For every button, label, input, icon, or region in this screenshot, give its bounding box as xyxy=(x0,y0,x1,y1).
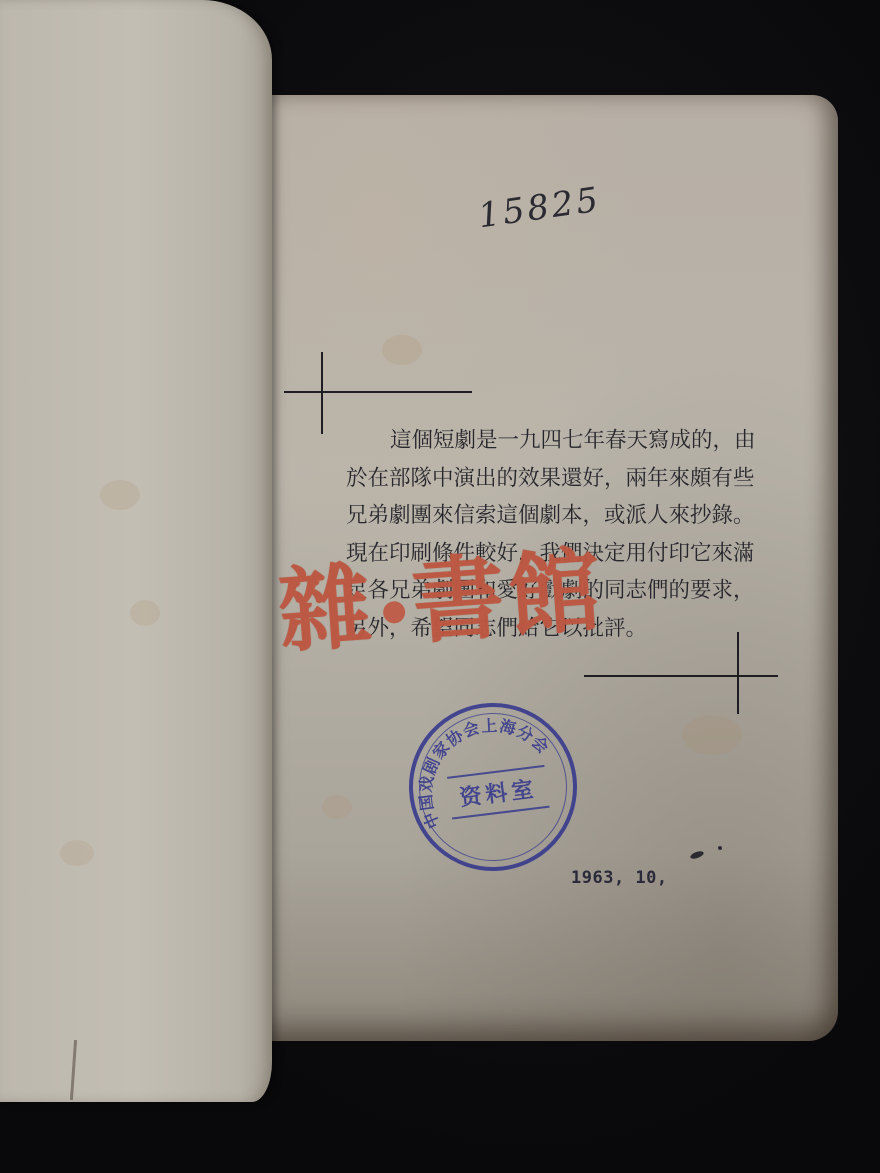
watermark-dot xyxy=(382,601,405,624)
paper-stain xyxy=(100,480,140,510)
text-line: 這個短劇是一九四七年春天寫成的，由 xyxy=(346,422,726,460)
crop-mark-vertical xyxy=(321,352,323,434)
book-photo: 15825 這個短劇是一九四七年春天寫成的，由 於在部隊中演出的效果還好，兩年來… xyxy=(0,0,880,1173)
paper-stain xyxy=(682,715,742,755)
paper-stain xyxy=(60,840,94,866)
crop-mark-vertical xyxy=(737,632,739,714)
print-date: 1963, 10, xyxy=(571,868,668,888)
library-stamp: 中国戏剧家协会上海分会 资料室 xyxy=(405,699,582,876)
crop-mark-horizontal xyxy=(584,675,778,677)
watermark: 雜書館 xyxy=(274,517,608,671)
watermark-right-text: 書館 xyxy=(409,536,608,657)
page-tear xyxy=(70,1040,77,1100)
text-line: 於在部隊中演出的效果還好，兩年來頗有些 xyxy=(346,460,726,498)
paper-stain xyxy=(130,600,160,626)
paper-stain xyxy=(322,795,352,819)
crop-mark-horizontal xyxy=(284,391,472,393)
watermark-left-text: 雜 xyxy=(275,552,378,666)
crop-mark-bottom-right xyxy=(584,632,778,714)
left-page xyxy=(0,0,272,1102)
